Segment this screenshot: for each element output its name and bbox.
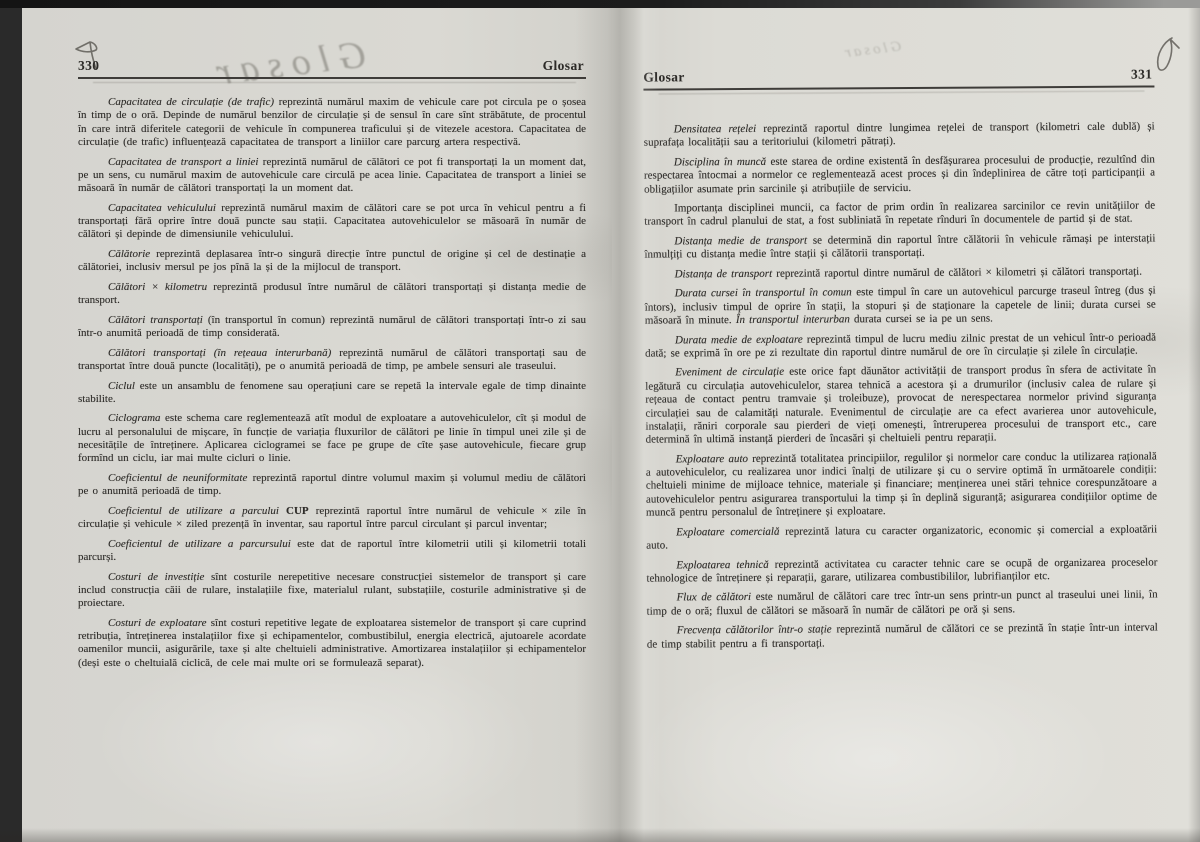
glossary-paragraph: Densitatea rețelei reprezintă raportul d… [644,120,1155,150]
glossary-paragraph: Coeficientul de neuniformitate reprezint… [78,472,586,499]
glossary-term: Durata cursei în transportul în comun [675,287,857,300]
glossary-paragraph: Călători × kilometru reprezintă produsul… [78,281,586,308]
glossary-term: Capacitatea vehiculului [108,202,221,214]
glossary-term: Densitatea rețelei [674,123,764,136]
glossary-paragraph: Călători transportați (în rețeaua interu… [78,347,586,374]
glossary-term: Frecvența călătorilor într-o stație [677,624,837,637]
scan-bottom-edge [0,828,1200,842]
glossary-term: Distanța de transport [675,268,777,281]
glossary-paragraph: Capacitatea de circulație (de trafic) re… [78,96,586,149]
glossary-term: Călători transportați [108,314,208,326]
glossary-term: Călători transportați (în rețeaua interu… [108,347,339,359]
glossary-paragraph: Durata medie de exploatare reprezintă ti… [645,331,1156,361]
glossary-term: Călători × kilometru [108,281,213,293]
glossary-term: Costuri de investiție [108,571,211,583]
glossary-paragraph: Exploatare comercială reprezintă latura … [646,523,1157,553]
glossary-term: Exploatare auto [676,453,753,465]
glossary-definition: Importanța disciplinei muncii, ca factor… [644,200,1155,228]
glossary-paragraph: Coeficientul de utilizare a parcursului … [78,538,586,565]
page-left: Glosar 330 Glosar Capacitatea de circula… [22,8,612,842]
glossary-paragraph: Capacitatea de transport a liniei reprez… [78,156,586,196]
glossary-definition: durata cursei se ia pe un sens. [854,313,993,326]
glossary-paragraph: Distanța de transport reprezintă raportu… [645,265,1156,281]
page-number: 331 [1131,66,1153,82]
glossary-paragraph: Durata cursei în transportul în comun es… [645,285,1156,328]
glossary-paragraph: Ciclul este un ansamblu de fenomene sau … [78,380,586,407]
scan-right-edge [1188,0,1200,842]
glossary-paragraph: Costuri de investiție sînt costurile ner… [78,571,586,611]
glossary-term: Disciplina în muncă [674,156,771,169]
glossary-paragraph: Flux de călători este numărul de călător… [647,589,1158,619]
glossary-term: Durata medie de exploatare [675,333,807,346]
glossary-paragraph: Exploatarea tehnică reprezintă activitat… [646,556,1157,586]
glossary-term: Exploatare comercială [676,525,785,538]
glossary-definition: reprezintă raportul dintre numărul de că… [776,265,1142,279]
glossary-paragraph: Eveniment de circulație este orice fapt … [645,364,1156,447]
glossary-paragraph: Călătorie reprezintă deplasarea într-o s… [78,248,586,275]
page-number: 330 [78,58,99,74]
glossary-paragraph: Importanța disciplinei muncii, ca factor… [644,200,1155,230]
scan-top-edge [0,0,1200,8]
glossary-term: Coeficientul de utilizare a parcursului [108,538,297,550]
glossary-term: Capacitatea de circulație (de trafic) [108,96,279,108]
glossary-term: Capacitatea de transport a liniei [108,156,263,168]
glossary-term: În transportul interurban [736,313,854,326]
page-right: Glosar Glosar 331 Densitatea rețelei rep… [612,8,1200,842]
glossary-term: Flux de călători [677,591,756,603]
glossary-term: Costuri de exploatare [108,617,211,629]
glossary-paragraph: Distanța medie de transport se determină… [644,232,1155,262]
glossary-text-right: Densitatea rețelei reprezintă raportul d… [644,120,1158,651]
book-scan: Glosar 330 Glosar Capacitatea de circula… [0,0,1200,842]
glossary-term: Ciclul [108,380,140,392]
glossary-paragraph: Exploatare auto reprezintă totalitatea p… [646,450,1157,520]
glossary-term: Coeficientul de neuniformitate [108,472,253,484]
glossary-definition: este un ansamblu de fenomene sau operați… [78,380,586,405]
page-header: 330 Glosar [78,58,586,77]
header-rule [78,77,586,79]
glossary-paragraph: Frecvența călătorilor într-o stație repr… [647,622,1158,652]
glossary-paragraph: Disciplina în muncă este starea de ordin… [644,153,1155,196]
glossary-paragraph: Capacitatea vehiculului reprezintă număr… [78,202,586,242]
glossary-term: Călătorie [108,248,156,260]
running-head: Glosar [643,69,685,85]
glossary-term: Distanța medie de transport [674,235,812,248]
glossary-abbr: CUP [286,505,309,517]
glossary-text-left: Capacitatea de circulație (de trafic) re… [78,96,586,670]
glossary-paragraph: Ciclograma este schema care reglementeaz… [78,412,586,465]
running-head: Glosar [543,58,584,74]
glossary-term: Exploatarea tehnică [676,558,774,571]
glossary-paragraph: Călători transportați (în transportul în… [78,314,586,341]
glossary-paragraph: Coeficientul de utilizare a parcului CUP… [78,505,586,532]
glossary-term: Ciclograma [108,412,165,424]
glossary-paragraph: Costuri de exploatare sînt costuri repet… [78,617,586,670]
glossary-term: Eveniment de circulație [675,366,789,379]
glossary-term: Coeficientul de utilizare a parcului [108,505,286,517]
